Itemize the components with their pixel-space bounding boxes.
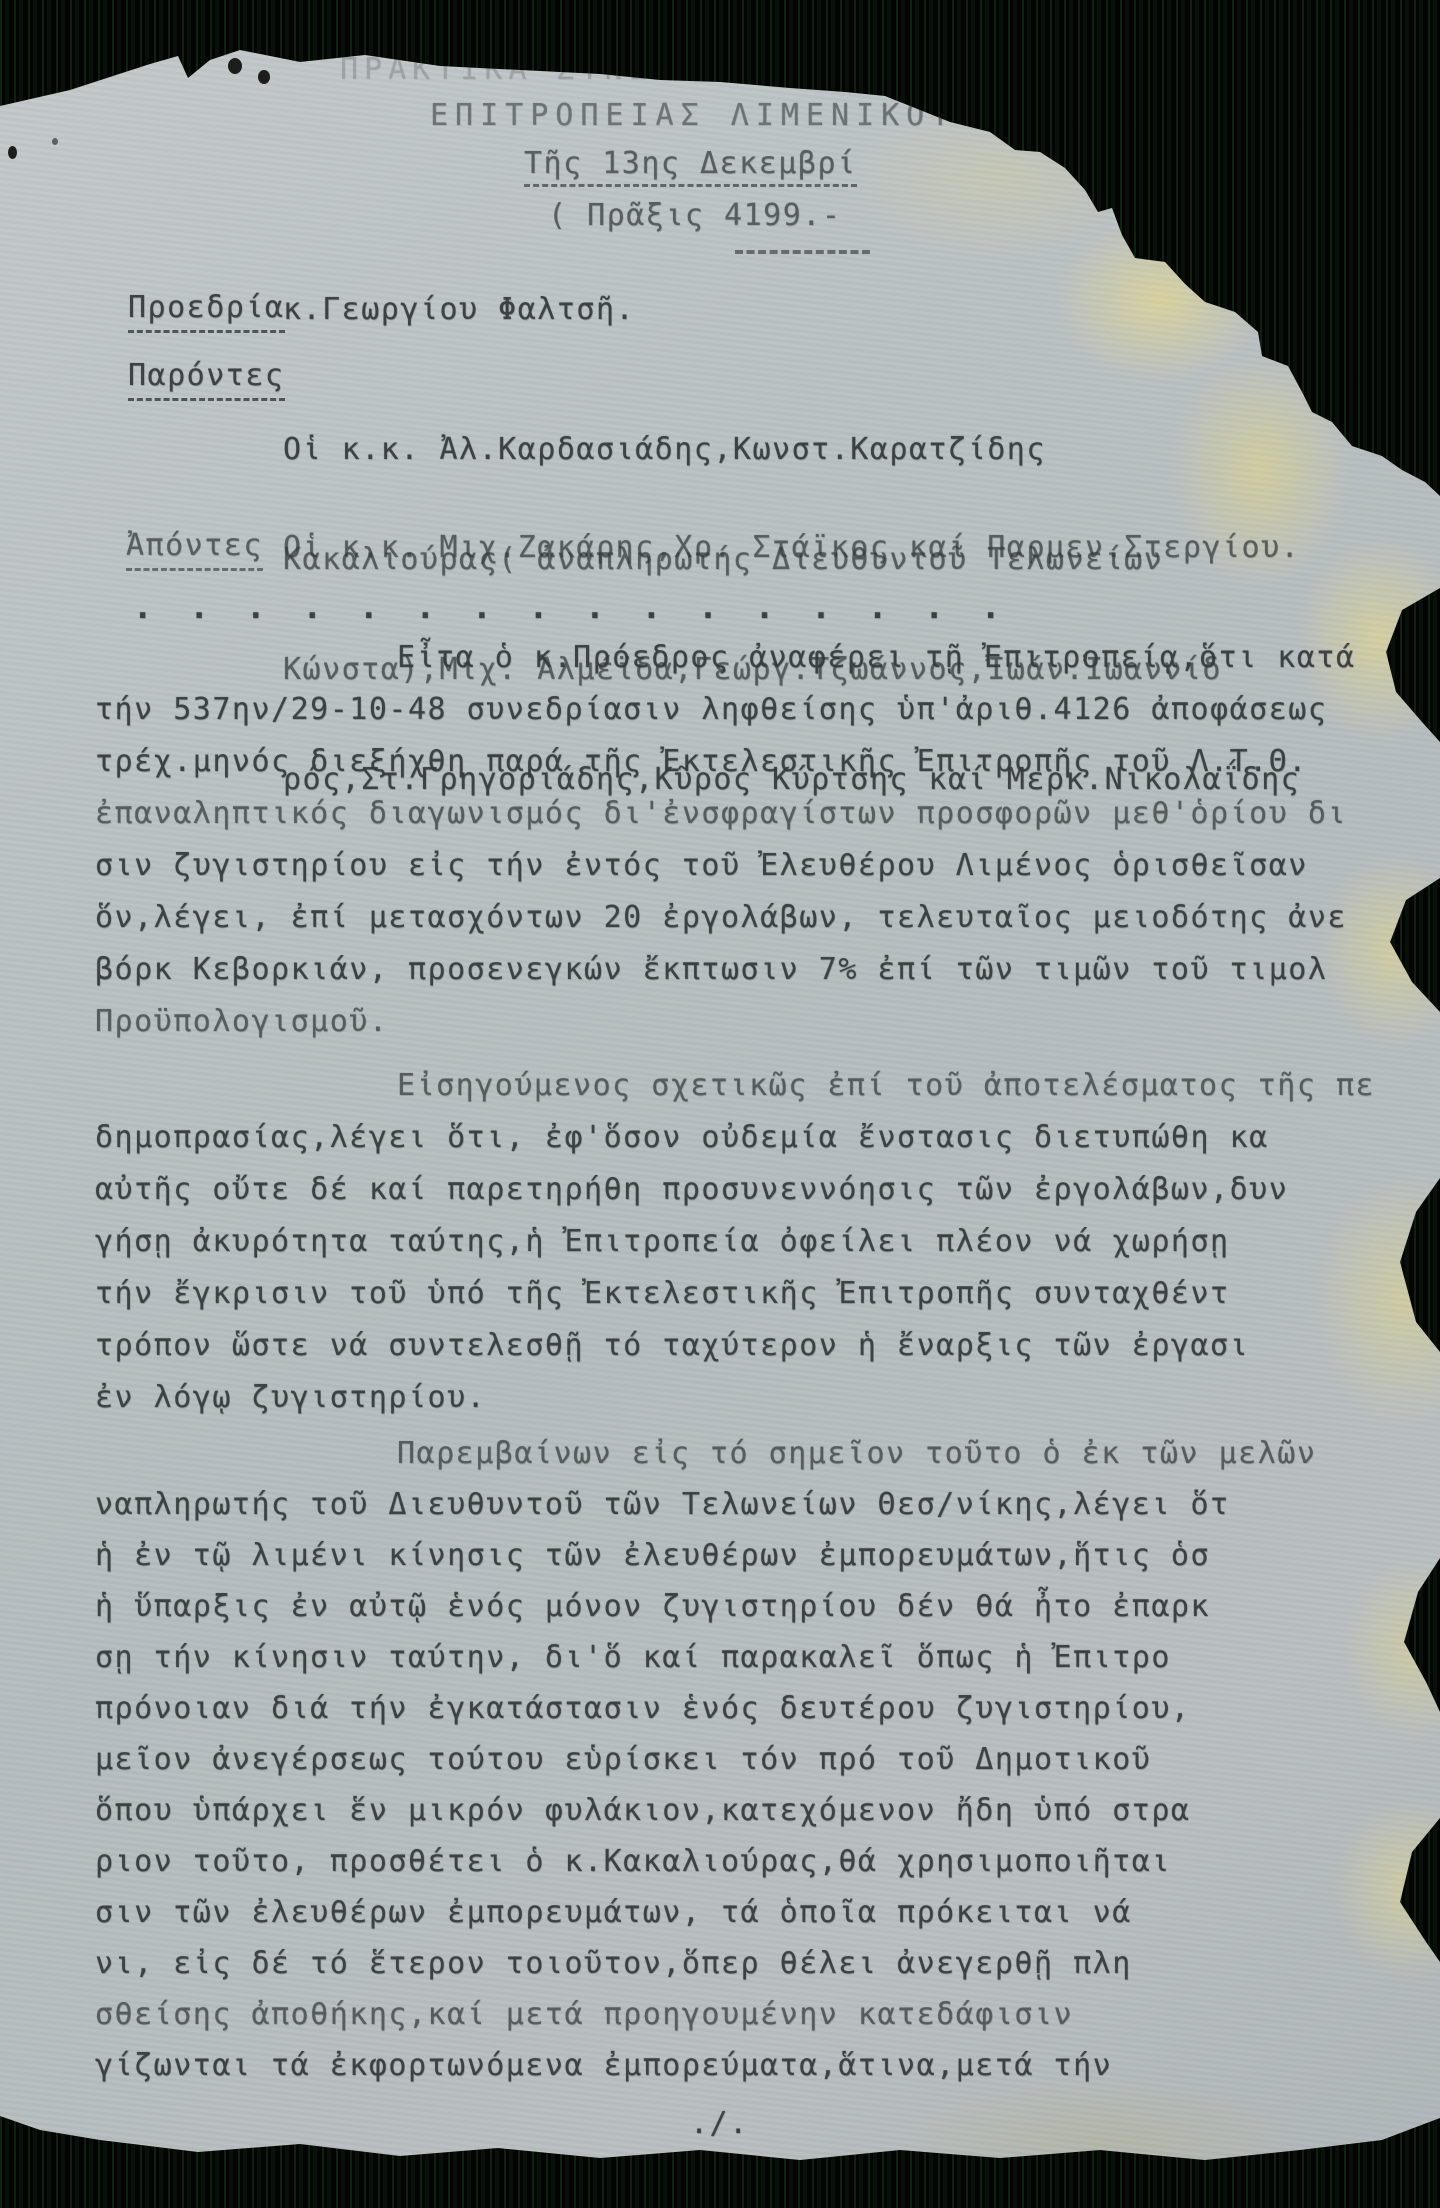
continuation-mark: ./. [690, 2106, 749, 2141]
paragraph-line: σῃ τήν κίνησιν ταύτην, δι'ὅ καί παρακαλε… [95, 1632, 1440, 1683]
paragraph-line: Προϋπολογισμοῦ. [95, 996, 1440, 1048]
absent-label: Ἀπόντες [126, 528, 263, 571]
paragraph-line: ὅν,λέγει, ἐπί μετασχόντων 20 ἐργολάβων, … [95, 892, 1440, 944]
scan-background: ΠΡΑΚΤΙΚΑ ΣΥΝΕΔΡΙΑΣΕΩΣ ΕΠΙΤΡΟΠΕΙΑΣ ΛΙΜΕΝΙ… [0, 0, 1440, 2208]
header-faded-line: ΠΡΑΚΤΙΚΑ ΣΥΝΕΔΡΙΑΣΕΩΣ [340, 52, 845, 87]
ink-speck [8, 146, 17, 159]
dotted-separator: . . . . . . . . . . . . . . . . [133, 588, 1009, 626]
paragraph-line: μεῖον ἀνεγέρσεως τούτου εὑρίσκει τόν πρό… [95, 1734, 1440, 1785]
committee-title: ΕΠΙΤΡΟΠΕΙΑΣ ΛΙΜΕΝΙΚΟΥ ΤΑΜ [430, 98, 1057, 133]
paragraph-line: Εἰσηγούμενος σχετικῶς ἐπί τοῦ ἀποτελέσμα… [95, 1060, 1440, 1112]
presidency-value: κ.Γεωργίου Φαλτσῆ. [283, 292, 635, 327]
paragraph-line: γήσῃ ἀκυρότητα ταύτης,ἡ Ἐπιτροπεία ὀφείλ… [95, 1216, 1440, 1268]
paragraph-line: τήν 537ην/29-10-48 συνεδρίασιν ληφθείσης… [95, 684, 1440, 736]
absent-value: Οἱ κ.κ. Μιχ.Ζακάρης,Χρ. Στάϊκος καί Παρμ… [283, 530, 1300, 565]
paper-hole [258, 70, 270, 84]
paragraph-line: αὐτῆς οὔτε δέ καί παρετηρήθη προσυνεννόη… [95, 1164, 1440, 1216]
torn-paper: ΠΡΑΚΤΙΚΑ ΣΥΝΕΔΡΙΑΣΕΩΣ ΕΠΙΤΡΟΠΕΙΑΣ ΛΙΜΕΝΙ… [0, 0, 1440, 2208]
act-number: ( Πρᾶξις 4199.- [548, 198, 841, 233]
paragraph-line: τρόπον ὥστε νά συντελεσθῇ τό ταχύτερον ἡ… [95, 1320, 1440, 1372]
paragraph-line: δημοπρασίας,λέγει ὅτι, ἐφ'ὅσον οὐδεμία ἔ… [95, 1112, 1440, 1164]
paragraph-line: σθείσης ἀποθήκης,καί μετά προηγουμένην κ… [95, 1989, 1440, 2040]
paragraph-line: Εἶτα ὁ κ.Πρόεδρος ἀναφέρει τῇ Ἐπιτροπείᾳ… [95, 632, 1440, 684]
minutes-paragraph: Εἶτα ὁ κ.Πρόεδρος ἀναφέρει τῇ Ἐπιτροπείᾳ… [95, 632, 1440, 1048]
ink-speck [52, 138, 58, 145]
paragraph-line: πρόνοιαν διά τήν ἐγκατάστασιν ἑνός δευτέ… [95, 1683, 1440, 1734]
act-underline [735, 250, 870, 254]
paragraph-line: βόρκ Κεβορκιάν, προσενεγκών ἔκπτωσιν 7% … [95, 944, 1440, 996]
paragraph-line: Παρεμβαίνων εἰς τό σημεῖον τοῦτο ὁ ἐκ τῶ… [95, 1428, 1440, 1479]
paragraph-line: ναπληρωτής τοῦ Διευθυντοῦ τῶν Τελωνείων … [95, 1479, 1440, 1530]
paragraph-line: τήν ἔγκρισιν τοῦ ὑπό τῆς Ἐκτελεστικῆς Ἐπ… [95, 1268, 1440, 1320]
paragraph-line: ριον τοῦτο, προσθέτει ὁ κ.Κακαλιούρας,θά… [95, 1836, 1440, 1887]
minutes-paragraph: Εἰσηγούμενος σχετικῶς ἐπί τοῦ ἀποτελέσμα… [95, 1060, 1440, 1424]
paragraph-line: ὅπου ὑπάρχει ἕν μικρόν φυλάκιον,κατεχόμε… [95, 1785, 1440, 1836]
paragraph-line: ἡ ἐν τῷ λιμένι κίνησις τῶν ἐλευθέρων ἐμπ… [95, 1530, 1440, 1581]
paragraph-line: σιν ζυγιστηρίου εἰς τήν ἐντός τοῦ Ἐλευθέ… [95, 840, 1440, 892]
paragraph-line: ἐπαναληπτικός διαγωνισμός δι'ἐνσφραγίστω… [95, 788, 1440, 840]
present-label: Παρόντες [128, 358, 285, 401]
paragraph-line: ἡ ὕπαρξις ἐν αὐτῷ ἑνός μόνον ζυγιστηρίου… [95, 1581, 1440, 1632]
paragraph-line: σιν τῶν ἐλευθέρων ἐμπορευμάτων, τά ὁποῖα… [95, 1887, 1440, 1938]
paragraph-line: γίζωνται τά ἐκφορτωνόμενα ἐμπορεύματα,ἅτ… [95, 2040, 1440, 2091]
minutes-paragraph: Παρεμβαίνων εἰς τό σημεῖον τοῦτο ὁ ἐκ τῶ… [95, 1428, 1440, 2091]
paragraph-line: ἐν λόγῳ ζυγιστηρίου. [95, 1372, 1440, 1424]
paragraph-line: τρέχ.μηνός διεξήχθη παρά τῆς Ἐκτελεστικῆ… [95, 736, 1440, 788]
paper-hole [228, 58, 242, 74]
presidency-label: Προεδρία [128, 290, 285, 333]
present-line: Οἱ κ.κ. Ἀλ.Καρδασιάδης,Κωνστ.Καρατζίδης [283, 430, 1300, 470]
session-date: Τῆς 13ης Δεκεμβρί [524, 146, 857, 187]
paragraph-line: νι, εἰς δέ τό ἕτερον τοιοῦτον,ὅπερ θέλει… [95, 1938, 1440, 1989]
